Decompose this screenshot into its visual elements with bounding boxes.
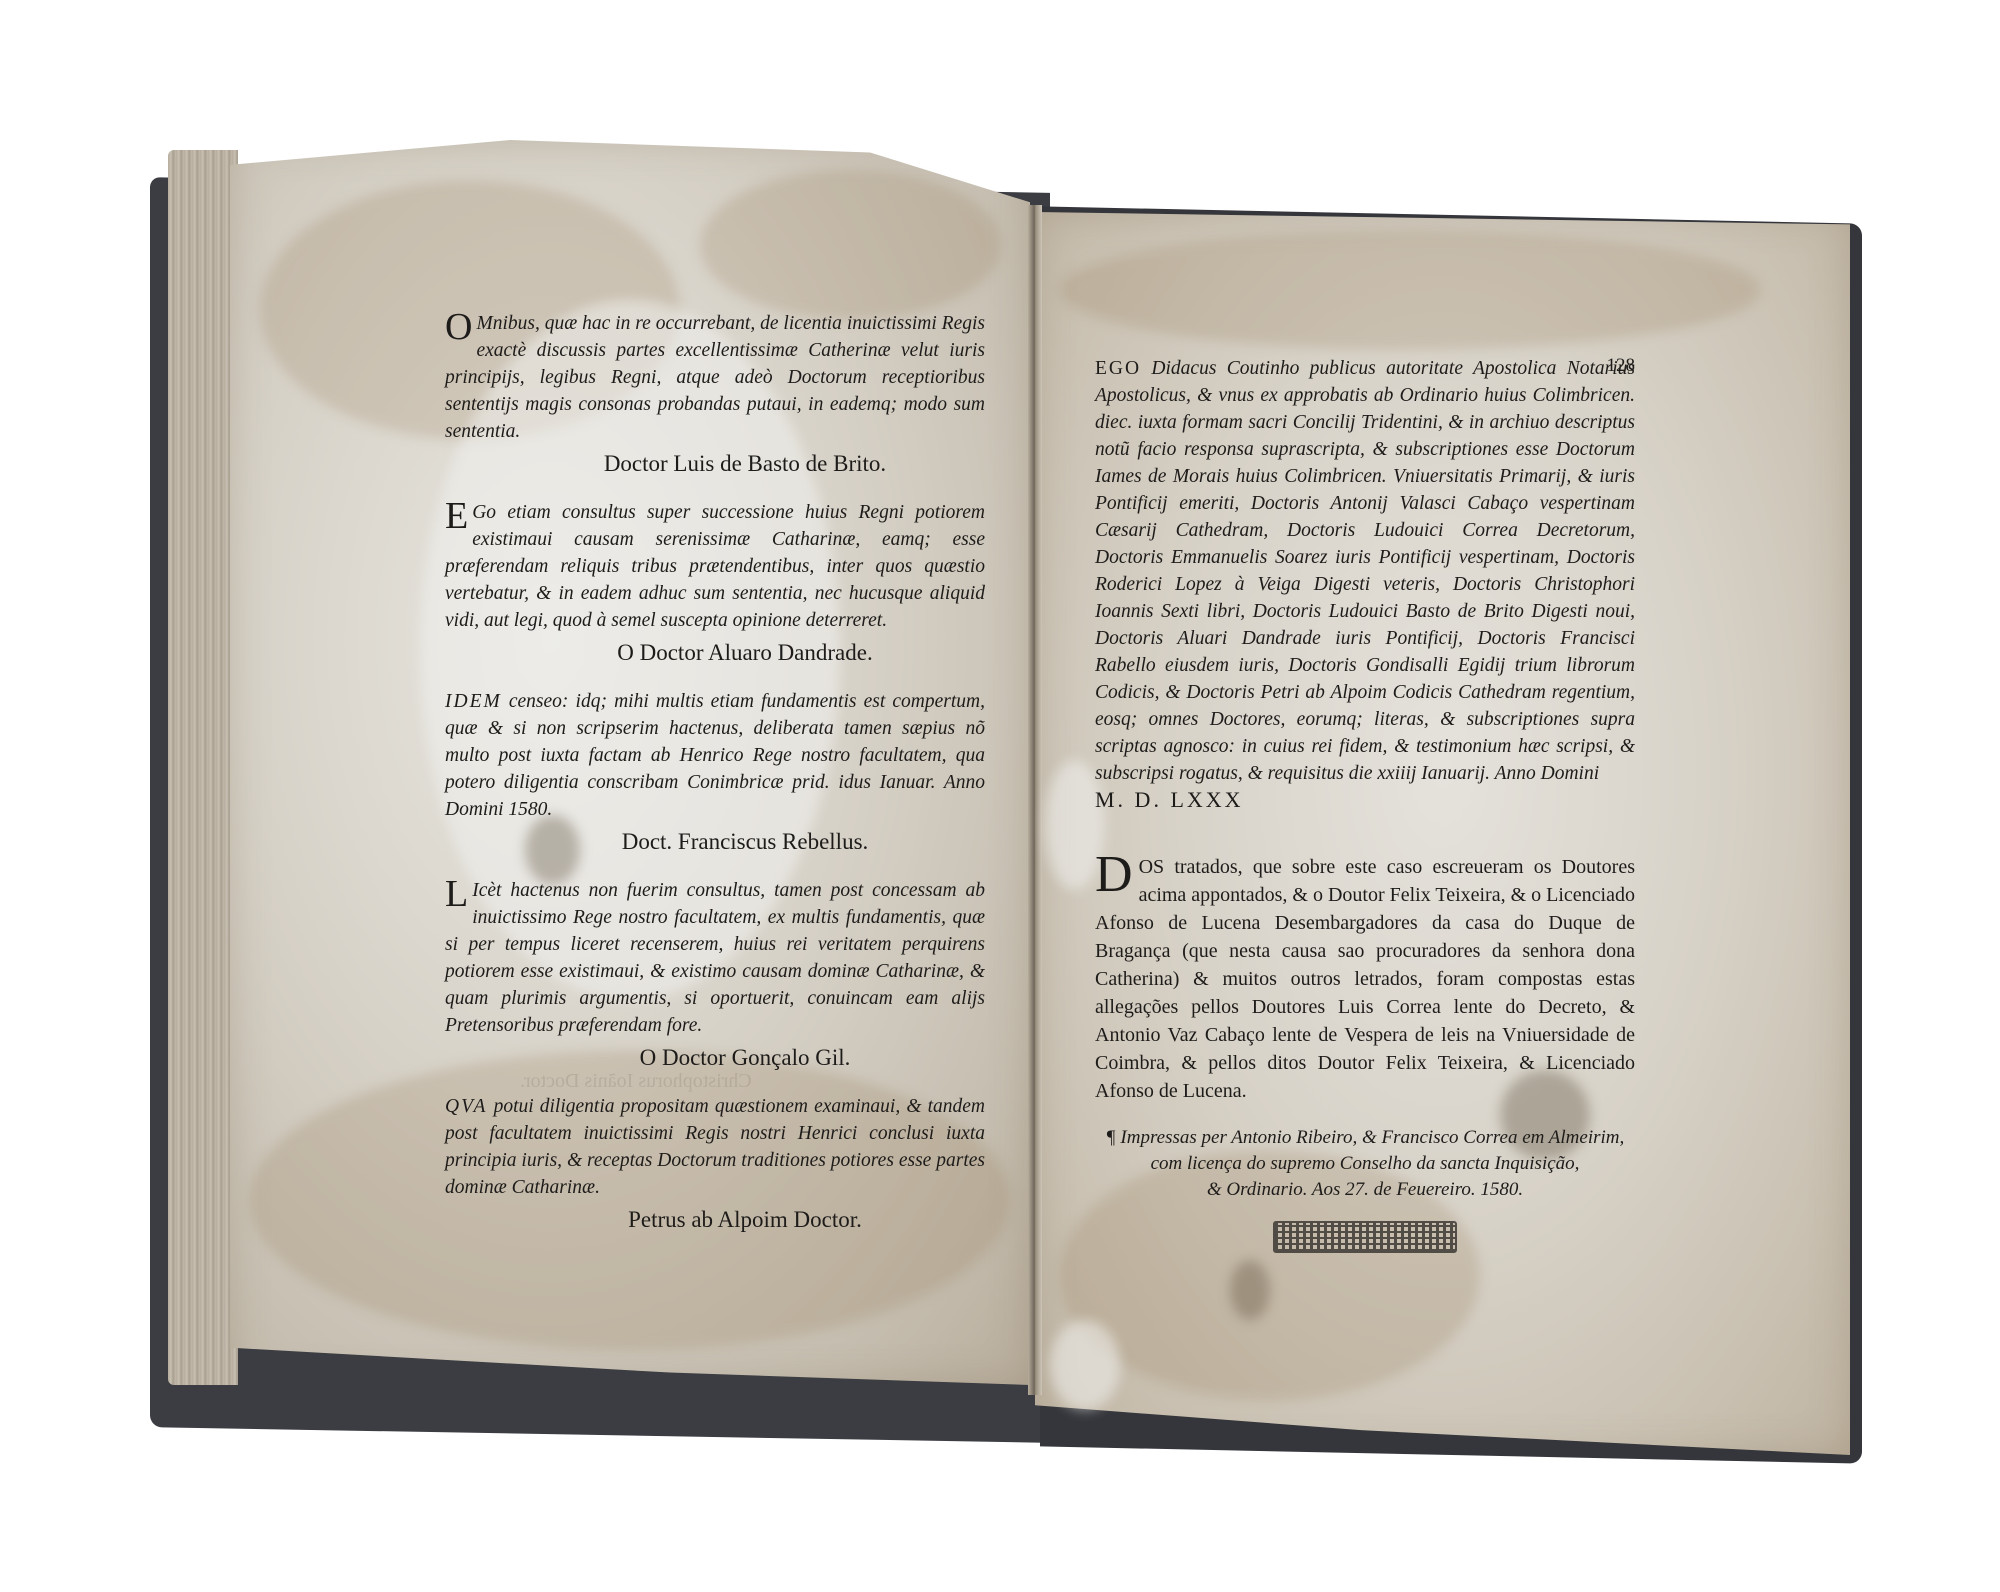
signature-line: Petrus ab Alpoim Doctor.	[445, 1207, 985, 1233]
signature-line: O Doctor Aluaro Dandrade.	[445, 640, 985, 666]
year-roman-numeral: M. D. LXXX	[1095, 787, 1635, 813]
signature-line: O Doctor Gonçalo Gil.	[445, 1045, 985, 1071]
lead-word: IDEM	[445, 691, 502, 712]
colophon-line: com licença do supremo Conselho da sanct…	[1095, 1151, 1635, 1177]
drop-initial: E	[445, 501, 468, 531]
foxing-spot	[1230, 1260, 1270, 1320]
signature-line: Doctor Luis de Basto de Brito.	[445, 451, 985, 477]
opinion-paragraph: OMnibus, quæ hac in re occurrebant, de l…	[445, 310, 985, 445]
colophon-line: ¶ Impressas per Antonio Ribeiro, & Franc…	[1095, 1125, 1635, 1151]
drop-initial: D	[1095, 853, 1133, 897]
paper-loss	[1050, 1320, 1120, 1410]
treatise-note: DOS tratados, que sobre este caso escreu…	[1095, 853, 1635, 1105]
colophon: ¶ Impressas per Antonio Ribeiro, & Franc…	[1095, 1125, 1635, 1203]
colophon-line: & Ordinario. Aos 27. de Feuereiro. 1580.	[1095, 1177, 1635, 1203]
right-page-text: 128 EGO Didacus Coutinho publicus autori…	[1095, 355, 1635, 1253]
opinion-paragraph: LIcèt hactenus non fuerim consultus, tam…	[445, 877, 985, 1039]
open-book: Christophorus Ioãnis Doctor. OMnibus, qu…	[0, 0, 2000, 1592]
drop-initial: O	[445, 312, 472, 342]
drop-initial: L	[445, 879, 468, 909]
lead-word: EGO	[1095, 358, 1141, 379]
page-block-edge	[168, 150, 238, 1385]
book-gutter	[1028, 205, 1042, 1395]
opinion-paragraph: EGo etiam consultus super successione hu…	[445, 499, 985, 634]
page-number: 128	[1607, 355, 1636, 377]
left-page-text: OMnibus, quæ hac in re occurrebant, de l…	[445, 310, 985, 1255]
opinion-paragraph: QVA potui diligentia propositam quæstion…	[445, 1093, 985, 1201]
printer-ornament-icon	[1273, 1221, 1457, 1253]
signature-line: Doct. Franciscus Rebellus.	[445, 829, 985, 855]
water-stain	[700, 170, 1000, 320]
opinion-paragraph: IDEM censeo: idq; mihi multis etiam fund…	[445, 688, 985, 823]
notary-attestation: EGO Didacus Coutinho publicus autoritate…	[1095, 355, 1635, 787]
water-stain	[1060, 230, 1760, 350]
lead-word: QVA	[445, 1096, 487, 1117]
